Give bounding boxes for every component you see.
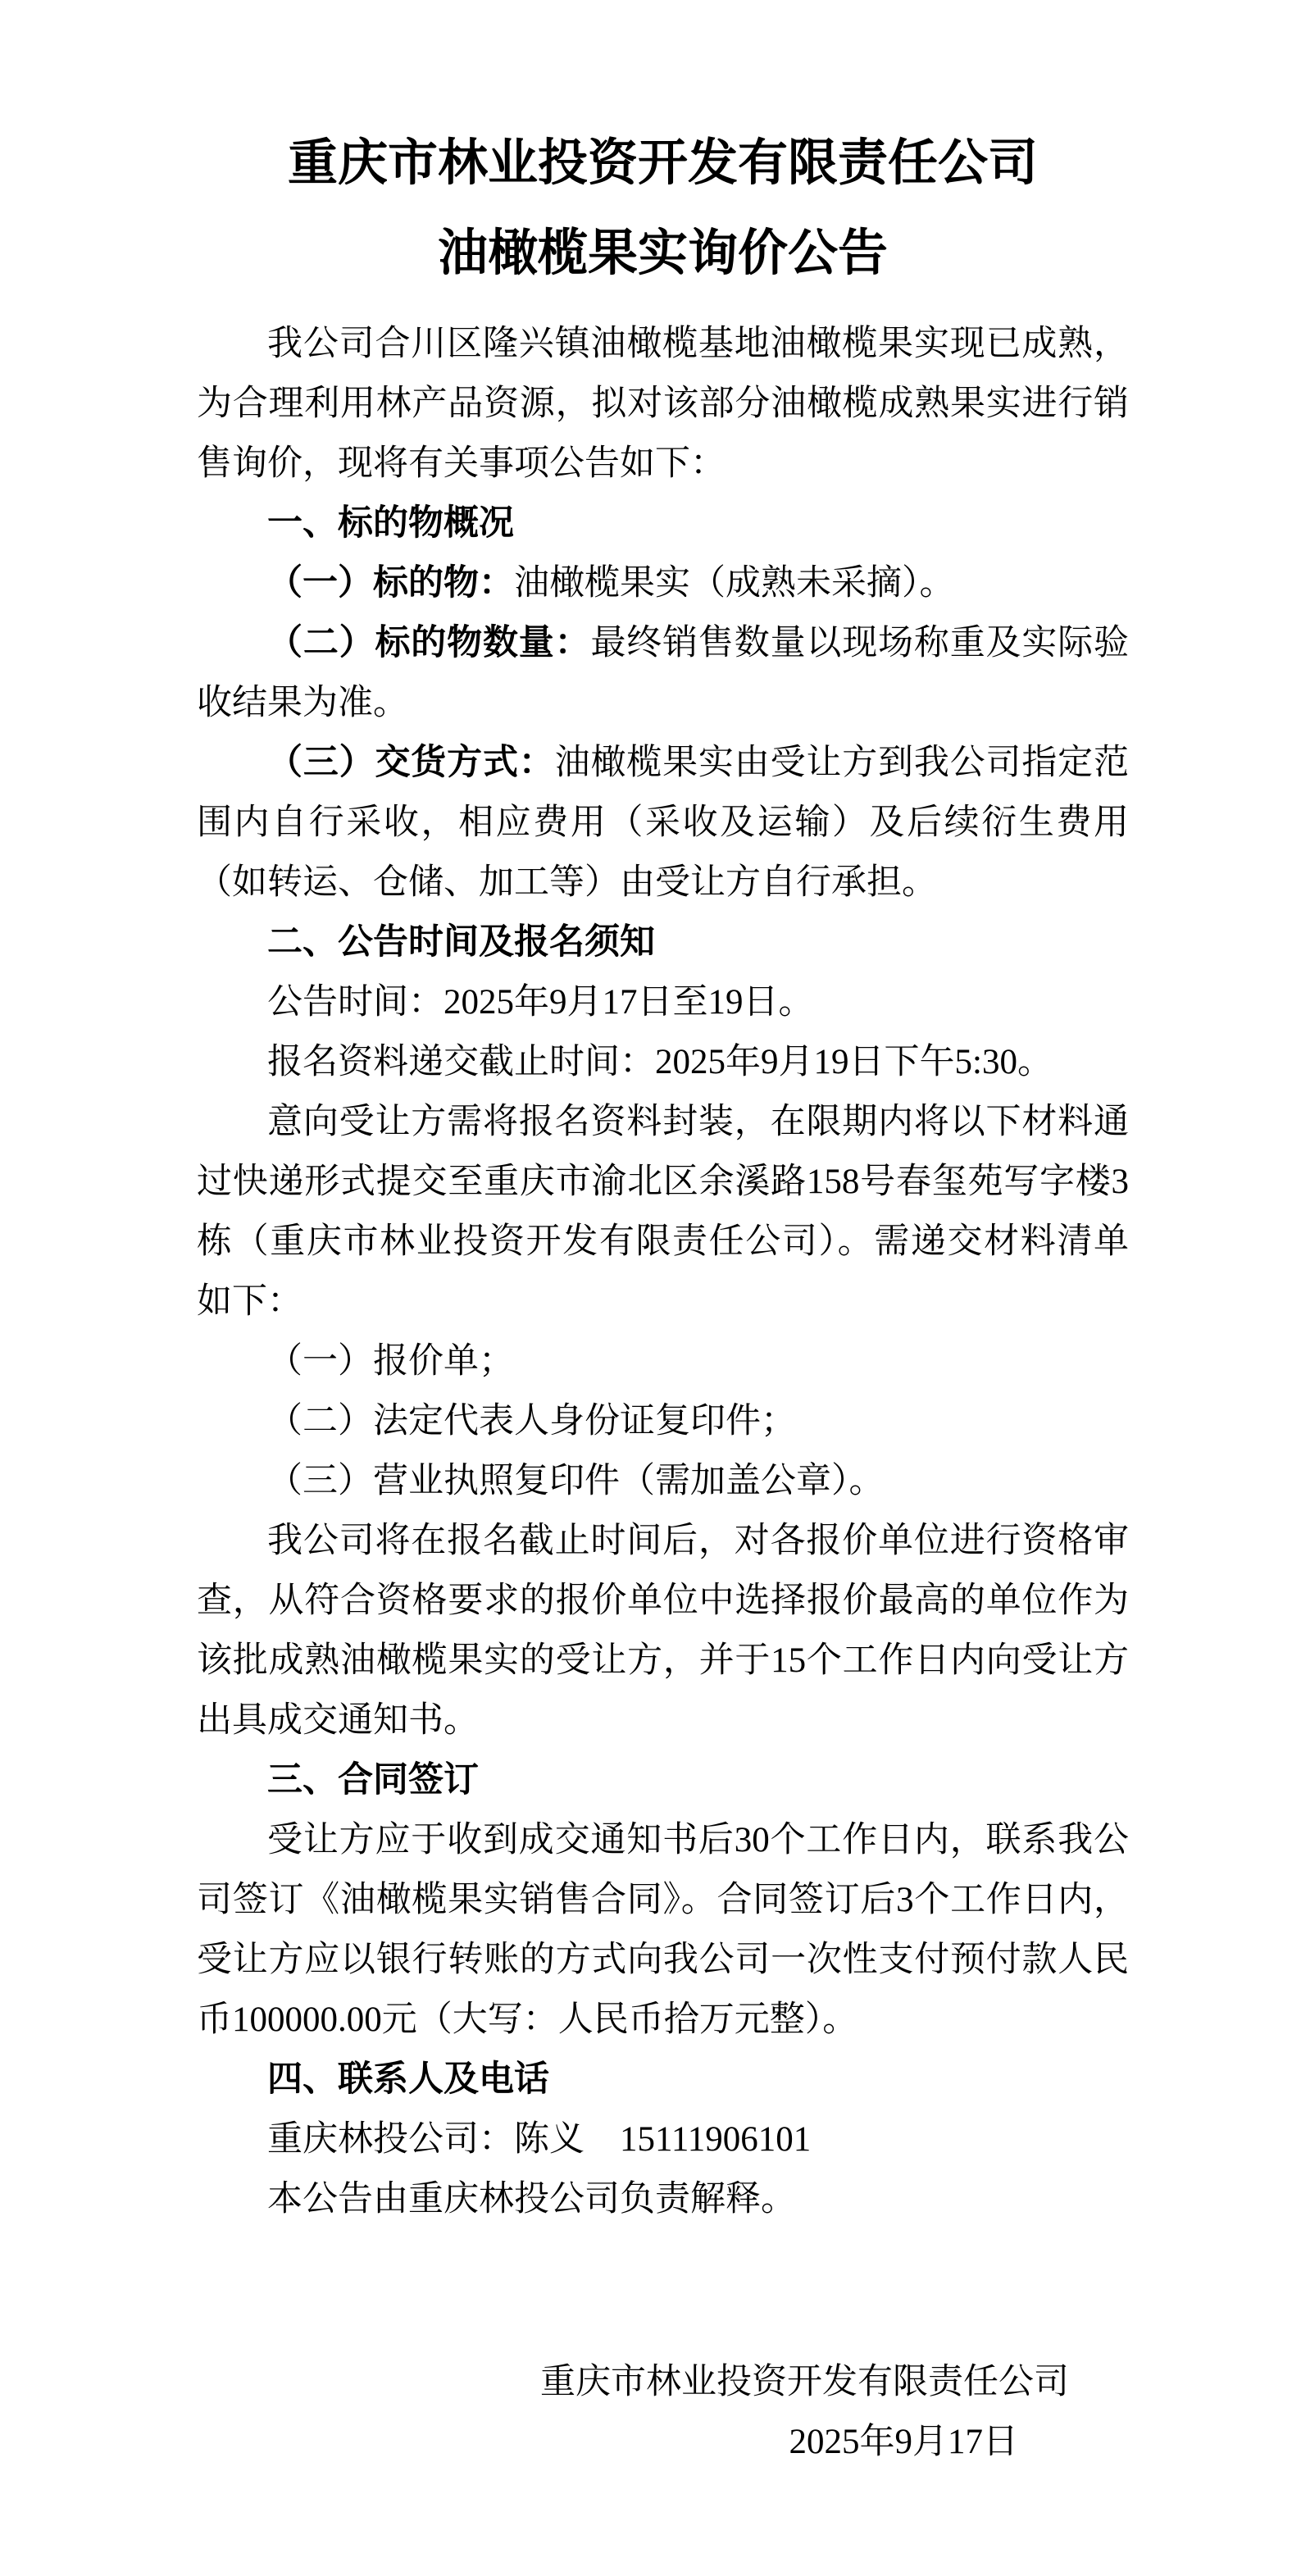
signature-date: 2025年9月17日	[197, 2412, 1129, 2472]
section-1-item-1: （一）标的物：油橄榄果实（成熟未采摘）。	[197, 553, 1129, 613]
section-2-paragraph-1: 公告时间：2025年9月17日至19日。	[197, 972, 1129, 1032]
section-3-heading: 三、合同签订	[197, 1750, 1129, 1810]
section-4-heading: 四、联系人及电话	[197, 2050, 1129, 2109]
intro-paragraph: 我公司合川区隆兴镇油橄榄基地油橄榄果实现已成熟，为合理利用林产品资源，拟对该部分…	[197, 314, 1129, 494]
section-1-item-2-label: （二）标的物数量：	[267, 624, 590, 662]
section-1-item-1-text: 油橄榄果实（成熟未采摘）。	[514, 564, 955, 603]
section-1-item-2: （二）标的物数量：最终销售数量以现场称重及实际验收结果为准。	[197, 613, 1129, 733]
document-content-area: 重庆市林业投资开发有限责任公司 油橄榄果实询价公告 我公司合川区隆兴镇油橄榄基地…	[197, 119, 1129, 2472]
section-1-item-3-label: （三）交货方式：	[267, 744, 555, 782]
title-line-1: 重庆市林业投资开发有限责任公司	[197, 119, 1129, 209]
section-1-item-1-label: （一）标的物：	[267, 564, 514, 603]
signature-block: 重庆市林业投资开发有限责任公司 2025年9月17日	[197, 2352, 1129, 2472]
section-3-paragraph-1: 受让方应于收到成交通知书后30个工作日内，联系我公司签订《油橄榄果实销售合同》。…	[197, 1810, 1129, 2050]
section-1-item-3: （三）交货方式：油橄榄果实由受让方到我公司指定范围内自行采收，相应费用（采收及运…	[197, 733, 1129, 913]
announcement-document-page: 重庆市林业投资开发有限责任公司 油橄榄果实询价公告 我公司合川区隆兴镇油橄榄基地…	[0, 0, 1301, 2576]
title-line-2: 油橄榄果实询价公告	[197, 209, 1129, 299]
section-1-heading: 一、标的物概况	[197, 494, 1129, 553]
signature-company: 重庆市林业投资开发有限责任公司	[197, 2352, 1129, 2412]
section-2-heading: 二、公告时间及报名须知	[197, 913, 1129, 972]
section-2-list-item-3: （三）营业执照复印件（需加盖公章）。	[197, 1451, 1129, 1511]
section-2-list-item-1: （一）报价单；	[197, 1331, 1129, 1391]
document-body: 我公司合川区隆兴镇油橄榄基地油橄榄果实现已成熟，为合理利用林产品资源，拟对该部分…	[197, 314, 1129, 2229]
section-2-paragraph-4: 我公司将在报名截止时间后，对各报价单位进行资格审查，从符合资格要求的报价单位中选…	[197, 1511, 1129, 1750]
document-title: 重庆市林业投资开发有限责任公司 油橄榄果实询价公告	[197, 119, 1129, 299]
section-2-list-item-2: （二）法定代表人身份证复印件；	[197, 1391, 1129, 1451]
section-2-paragraph-2: 报名资料递交截止时间：2025年9月19日下午5:30。	[197, 1032, 1129, 1092]
contact-line: 重庆林投公司：陈义 15111906101	[197, 2109, 1129, 2169]
section-2-paragraph-3: 意向受让方需将报名资料封装，在限期内将以下材料通过快递形式提交至重庆市渝北区余溪…	[197, 1092, 1129, 1331]
interpretation-line: 本公告由重庆林投公司负责解释。	[197, 2169, 1129, 2229]
